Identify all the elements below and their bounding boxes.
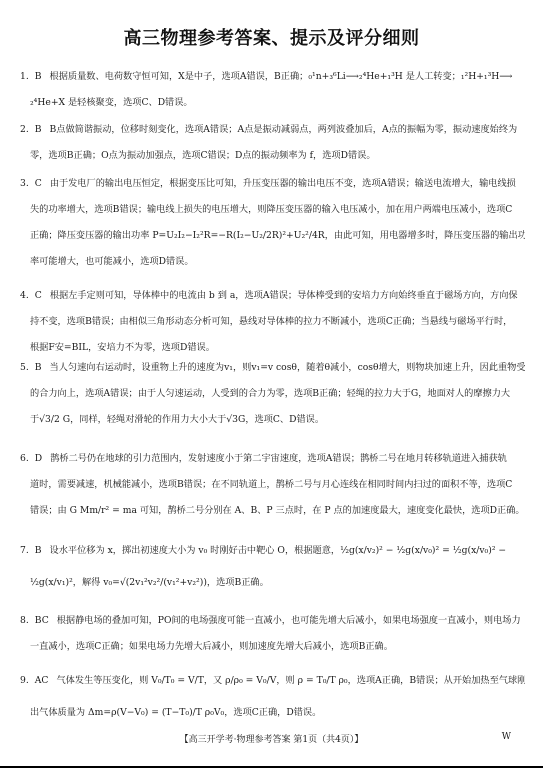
item-number: 2. bbox=[20, 124, 29, 135]
item-answer: B bbox=[35, 362, 42, 373]
item-number: 6. bbox=[20, 453, 29, 464]
item-text: 率可能增大，也可能减小，选项D错误。 bbox=[20, 249, 525, 275]
item-number: 5. bbox=[20, 362, 29, 373]
item-number: 9. bbox=[20, 675, 29, 686]
item-answer: B bbox=[35, 71, 42, 82]
item-text: 于√3/2 G，同样，轻绳对滑轮的作用力大小大于√3G，选项C、D错误。 bbox=[20, 407, 525, 433]
footer-text: 【高三开学考·物理参考答案 第1页（共4页）】 bbox=[180, 735, 364, 745]
page-title: 高三物理参考答案、提示及评分细则 bbox=[0, 24, 543, 50]
answer-item-5: 5.B当人匀速向右运动时，设重物上升的速度为v₁，则v₁=v cosθ，随着θ减… bbox=[20, 355, 525, 433]
item-formula-text: 出气体质量为 Δm=ρ(V−V₀) = (T−T₀)/T ρ₀V₀，选项C正确，… bbox=[20, 700, 525, 726]
answer-item-6: 6.D鹊桥二号仍在地球的引力范围内，发射速度小于第二宇宙速度，选项A错误；鹊桥二… bbox=[20, 446, 525, 524]
item-formula-text: 错误；由 G Mm/r² = ma 可知，鹊桥二号分别在 A、B、P 三点时，在… bbox=[20, 498, 525, 524]
item-number: 8. bbox=[20, 615, 29, 626]
item-text: 当人匀速向右运动时，设重物上升的速度为v₁，则v₁=v cosθ，随着θ减小，c… bbox=[50, 362, 525, 373]
page-footer: 【高三开学考·物理参考答案 第1页（共4页）】 W bbox=[0, 732, 543, 745]
item-text: 零，选项B正确；O点为振动加强点，选项C错误；D点的振动频率为 f，选项D错误。 bbox=[20, 143, 525, 169]
answer-item-8: 8.BC根据静电场的叠加可知，PO间的电场强度可能一直减小，也可能先增大后减小，… bbox=[20, 608, 525, 660]
document-page: 高三物理参考答案、提示及评分细则 1.B根据质量数、电荷数守恒可知，X是中子，选… bbox=[0, 0, 543, 768]
answer-item-3: 3.C由于发电厂的输出电压恒定，根据变压比可知，升压变压器的输出电压不变，选项A… bbox=[20, 171, 525, 275]
item-text: 一直减小，选项C正确；如果电场力先增大后减小，则加速度先增大后减小，选项B正确。 bbox=[20, 634, 525, 660]
item-number: 7. bbox=[20, 545, 29, 556]
item-answer: C bbox=[35, 178, 42, 189]
item-number: 3. bbox=[20, 178, 29, 189]
item-answer: D bbox=[35, 453, 42, 464]
footer-mark: W bbox=[502, 732, 511, 742]
item-text: 由于发电厂的输出电压恒定，根据变压比可知，升压变压器的输出电压不变，选项A错误；… bbox=[50, 178, 516, 189]
answer-item-7: 7.B设水平位移为 x，掷出初速度大小为 v₀ 时刚好击中靶心 O，根据题意，½… bbox=[20, 538, 525, 596]
item-text: 根据质量数、电荷数守恒可知，X是中子，选项A错误，B正确；₀¹n+₃⁶Li⟶₂⁴… bbox=[50, 71, 513, 82]
answer-item-2: 2.BB点做简谐振动，位移时刻变化，选项A错误；A点是振动减弱点，两列波叠加后，… bbox=[20, 117, 525, 169]
answer-item-4: 4.C根据左手定则可知，导体棒中的电流由 b 到 a，选项A错误；导体棒受到的安… bbox=[20, 283, 525, 361]
item-formula-text: 正确；降压变压器的输出功率 P=U₂I₂−I₂²R=−R(I₂−U₂/2R)²+… bbox=[20, 223, 525, 249]
item-text: B点做简谐振动，位移时刻变化，选项A错误；A点是振动减弱点，两列波叠加后，A点的… bbox=[50, 124, 518, 135]
item-formula-text: 气体发生等压变化，则 V₀/T₀ = V/T，又 ρ/ρ₀ = V₀/V，则 ρ… bbox=[56, 675, 525, 686]
item-text: 的合力向上，选项A错误；由于人匀速运动，人受到的合力为零，选项B正确；轻绳的拉力… bbox=[20, 381, 525, 407]
item-text: 失的功率增大，选项B错误；输电线上损失的电压增大，则降压变压器的输入电压减小，加… bbox=[20, 197, 525, 223]
item-answer: B bbox=[35, 545, 42, 556]
answer-item-9: 9.AC气体发生等压变化，则 V₀/T₀ = V/T，又 ρ/ρ₀ = V₀/V… bbox=[20, 668, 525, 726]
item-formula-text: ½g(x/v₁)²，解得 v₀=√(2v₁²v₂²/(v₁²+v₂²))，选项B… bbox=[20, 570, 525, 596]
item-answer: C bbox=[35, 290, 42, 301]
item-text: 持不变，选项B错误；由相似三角形动态分析可知，悬线对导体棒的拉力不断减小，选项C… bbox=[20, 309, 525, 335]
item-text: 根据静电场的叠加可知，PO间的电场强度可能一直减小，也可能先增大后减小，如果电场… bbox=[57, 615, 521, 626]
answer-item-1: 1.B根据质量数、电荷数守恒可知，X是中子，选项A错误，B正确；₀¹n+₃⁶Li… bbox=[20, 64, 525, 116]
item-answer: AC bbox=[35, 675, 49, 686]
item-number: 4. bbox=[20, 290, 29, 301]
item-text: 鹊桥二号仍在地球的引力范围内，发射速度小于第二宇宙速度，选项A错误；鹊桥二号在地… bbox=[50, 453, 507, 464]
item-text: 道时，需要减速，机械能减小，选项B错误；在不同轨道上，鹊桥二号与月心连线在相同时… bbox=[20, 472, 525, 498]
item-formula-text: 设水平位移为 x，掷出初速度大小为 v₀ 时刚好击中靶心 O，根据题意，½g(x… bbox=[50, 545, 507, 556]
item-answer: B bbox=[35, 124, 42, 135]
item-text: ₂⁴He+X 是轻核聚变，选项C、D错误。 bbox=[20, 90, 525, 116]
item-text: 根据左手定则可知，导体棒中的电流由 b 到 a，选项A错误；导体棒受到的安培力方… bbox=[50, 290, 518, 301]
item-number: 1. bbox=[20, 71, 29, 82]
item-answer: BC bbox=[35, 615, 49, 626]
